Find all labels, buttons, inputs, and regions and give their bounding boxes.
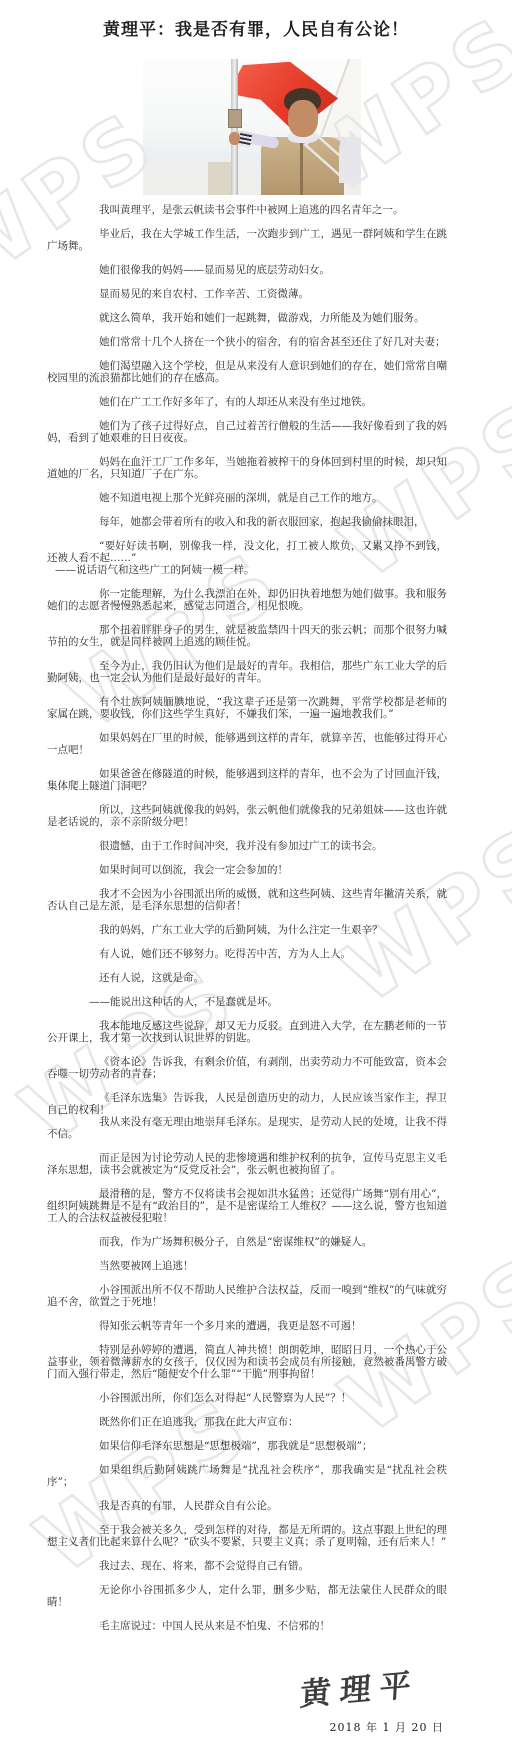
pole-bracket bbox=[228, 109, 242, 128]
paragraph: 得知张云帆等青年一个多月来的遭遇，我更是怒不可遏！ bbox=[47, 1320, 447, 1332]
paragraph: ——说话语气和这些广工的阿姨一模一样。 bbox=[47, 564, 447, 576]
paragraph: 你一定能理解，为什么我漂泊在外，却仍旧执着地想为她们做事。我和服务她们的志愿者慢… bbox=[47, 588, 447, 612]
paragraph: 我本能地反感这些说辞，却又无力反驳。直到进入大学，在左鹏老师的一节公开课上，我才… bbox=[47, 1020, 447, 1044]
paragraph: 我叫黄理平，是张云帆读书会事件中被网上追逃的四名青年之一。 bbox=[47, 204, 447, 216]
paragraph: ——能说出这种话的人，不是蠢就是坏。 bbox=[47, 996, 447, 1008]
paragraph: 妈妈在血汗工厂工作多年，当她拖着被榨干的身体回到村里的时候，却只知道她的厂名，只… bbox=[47, 456, 447, 480]
man-right-sleeve bbox=[339, 137, 361, 183]
vest-zipper bbox=[300, 141, 303, 195]
paragraph: 小谷围派出所，你们怎么对得起“人民警察为人民”？！ bbox=[47, 1392, 447, 1404]
paragraph: 而我，作为广场舞积极分子，自然是“密谋维权”的嫌疑人。 bbox=[47, 1236, 447, 1248]
paragraph: 小谷围派出所不仅不帮助人民维护合法权益，反而一嗅到“维权”的气味就穷追不舍，欲置… bbox=[47, 1284, 447, 1308]
paragraph: 很遗憾，由于工作时间冲突，我并没有参加过广工的读书会。 bbox=[47, 840, 447, 852]
paragraph: 特别是孙婷婷的遭遇，简直人神共愤！朗朗乾坤，昭昭日月，一个热心于公益事业，领着微… bbox=[47, 1344, 447, 1380]
striped-cuff bbox=[238, 133, 252, 147]
paragraph: 《资本论》告诉我，有剩余价值，有剥削，出卖劳动力不可能致富，资本会吞噬一切劳动者… bbox=[47, 1056, 447, 1080]
paragraph: 至于我会被关多久，受到怎样的对待，都是无所谓的。这点事跟上世纪的理想主义者们比起… bbox=[47, 1524, 447, 1548]
paragraph: 我从来没有毫无理由地崇拜毛泽东。是现实，是劳动人民的处境，让我不得不信。 bbox=[47, 1116, 447, 1140]
paragraph: 至今为止，我仍旧认为他们是最好的青年。我相信，那些广东工业大学的后勤阿姨，也一定… bbox=[47, 660, 447, 684]
article-body: 我叫黄理平，是张云帆读书会事件中被网上追逃的四名青年之一。毕业后，我在大学城工作… bbox=[47, 204, 447, 1672]
paragraph: 最滑稽的是，警方不仅将读书会视如洪水猛兽；还觉得广场舞“别有用心”，组织阿姨跳舞… bbox=[47, 1188, 447, 1224]
signature: 黄理平 bbox=[299, 1659, 421, 1715]
paragraph: 《毛泽东选集》告诉我，人民是创造历史的动力，人民应该当家作主，捍卫自己的权利！ bbox=[47, 1092, 447, 1116]
paragraph: 毛主席说过：中国人民从来是不怕鬼、不信邪的！ bbox=[47, 1620, 447, 1632]
paragraph: 如果时间可以倒流，我会一定会参加的！ bbox=[47, 864, 447, 876]
paragraph: 每年，她都会带着所有的收入和我的新衣服回家，抱起我偷偷抹眼泪， bbox=[47, 516, 447, 528]
man-face bbox=[288, 100, 318, 137]
paragraph: 所以，这些阿姨就像我的妈妈，张云帆他们就像我的兄弟姐妹——这也许就是老话说的，亲… bbox=[47, 804, 447, 828]
paragraph: 她们在广工工作好多年了，有的人却还从来没有坐过地铁。 bbox=[47, 396, 447, 408]
paragraph: 她们常常十几个人挤在一个狭小的宿舍，有的宿舍甚至还住了好几对夫妻； bbox=[47, 336, 447, 348]
paragraph: 有个壮族阿姨腼腆地说，“我这辈子还是第一次跳舞，平常学校都是老师的家属在跳，要收… bbox=[47, 696, 447, 720]
paragraph: 她们渴望融入这个学校，但是从来没有人意识到她们的存在，她们常常自嘲校园里的流浪猫… bbox=[47, 360, 447, 384]
man-hand bbox=[229, 132, 240, 144]
paragraph: 她们很像我的妈妈——显而易见的底层劳动妇女。 bbox=[47, 264, 447, 276]
paragraph: 我过去、现在、将来，都不会觉得自己有错。 bbox=[47, 1560, 447, 1572]
paragraph: 我的妈妈，广东工业大学的后勤阿姨，为什么注定一生艰辛？ bbox=[47, 924, 447, 936]
paragraph: 有人说，她们还不够努力。吃得苦中苦，方为人上人。 bbox=[47, 948, 447, 960]
paragraph: 如果妈妈在厂里的时候，能够遇到这样的青年，就算辛苦，也能够过得开心一点吧！ bbox=[47, 732, 447, 756]
paragraph: 如果组织后勤阿姨跳广场舞是“扰乱社会秩序”，那我确实是“扰乱社会秩序”； bbox=[47, 1464, 447, 1488]
paragraph: 就这么简单，我开始和她们一起跳舞，做游戏，力所能及为她们服务。 bbox=[47, 312, 447, 324]
paragraph: 而正是因为讨论劳动人民的悲惨境遇和维护权利的抗争，宣传马克思主义毛泽东思想，读书… bbox=[47, 1152, 447, 1176]
paragraph: 无论你小谷围抓多少人，定什么罪，删多少贴，都无法蒙住人民群众的眼睛！ bbox=[47, 1584, 447, 1608]
man-with-red-flag-photo bbox=[143, 59, 361, 195]
paragraph: 如果信仰毛泽东思想是“思想极端”，那我就是“思想极端”； bbox=[47, 1440, 447, 1452]
page-title: 黄理平：我是否有罪，人民自有公论！ bbox=[0, 0, 512, 40]
document-date: 2018 年 1 月 20 日 bbox=[330, 1719, 444, 1735]
paragraph: 她不知道电视上那个光鲜亮丽的深圳，就是自己工作的地方。 bbox=[47, 492, 447, 504]
document-page: WPS WPS WPS WPS WPS WPS WPS WPS 黄理平：我是否有… bbox=[0, 0, 512, 1743]
paragraph: 显而易见的来自农村、工作辛苦、工资微薄。 bbox=[47, 288, 447, 300]
paragraph: 我是否真的有罪，人民群众自有公论。 bbox=[47, 1500, 447, 1512]
photo-structure bbox=[208, 162, 232, 195]
paragraph: 还有人说，这就是命。 bbox=[47, 972, 447, 984]
paragraph: 当然要被网上追逃！ bbox=[47, 1260, 447, 1272]
paragraph: 她们为了孩子过得好点，自己过着苦行僧般的生活——我好像看到了我的妈妈，看到了她艰… bbox=[47, 420, 447, 444]
paragraph: 如果爸爸在修隧道的时候，能够遇到这样的青年，也不会为了讨回血汗钱，集体爬上隧道门… bbox=[47, 768, 447, 792]
paragraph: “要好好读书啊，别像我一样，没文化，打工被人欺负，又累又挣不到钱，还被人看不起…… bbox=[47, 540, 447, 564]
paragraph: 既然你们正在追逃我，那我在此大声宣布： bbox=[47, 1416, 447, 1428]
paragraph: 那个扭着胖胖身子的男生，就是被监禁四十四天的张云帆；而那个很努力喊节拍的女生，就… bbox=[47, 624, 447, 648]
paragraph: 毕业后，我在大学城工作生活，一次跑步到广工，遇见一群阿姨和学生在跳广场舞。 bbox=[47, 228, 447, 252]
paragraph: 我才不会因为小谷围派出所的威慑，就和这些阿姨、这些青年撇清关系，就否认自己是左派… bbox=[47, 888, 447, 912]
